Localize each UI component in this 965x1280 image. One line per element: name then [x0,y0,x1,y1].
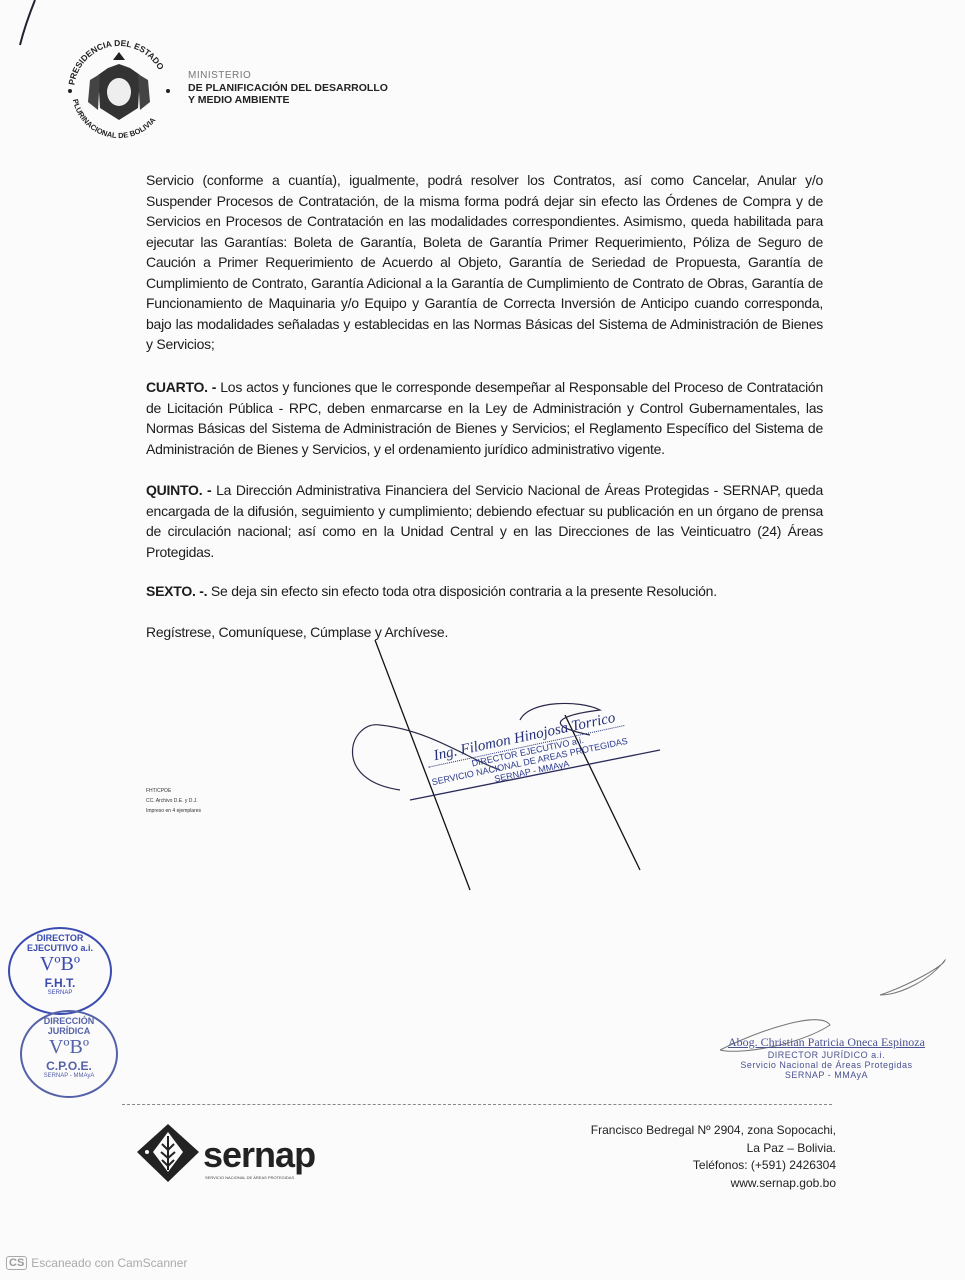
copies-ref: Impreso en 4 ejemplares [146,806,201,816]
address-line1: Francisco Bedregal Nº 2904, zona Sopocac… [560,1122,836,1140]
cc-ref: CC. Archivo D.E. y D.J. [146,796,201,806]
initials-ref: FHT/CPOE [146,786,201,796]
address-line2: La Paz – Bolivia. [560,1140,836,1158]
paragraph-garantias: Servicio (conforme a cuantía), igualment… [146,170,823,355]
ministry-name-line2: Y MEDIO AMBIENTE [188,94,388,106]
contact-address: Francisco Bedregal Nº 2904, zona Sopocac… [560,1122,836,1192]
stamp-legal-direction: DIRECCIÓN JURÍDICA VºBº C.P.O.E. SERNAP … [20,1010,118,1098]
article-quinto: QUINTO. - La Dirección Administrativa Fi… [146,480,823,562]
ministry-header: MINISTERIO DE PLANIFICACIÓN DEL DESARROL… [188,70,388,106]
ministry-label: MINISTERIO [188,70,388,82]
legal-director-signature: Abog. Christian Patricia Oneca Espinoza … [728,1035,925,1080]
camscanner-icon: CS [6,1256,27,1270]
sernap-emblem-icon [133,1122,203,1184]
article-label: SEXTO. -. [146,583,207,599]
sernap-wordmark: sernap [203,1134,315,1176]
presidency-seal: PRESIDENCIA DEL ESTADO PLURINACIONAL DE … [58,30,180,152]
article-label: CUARTO. - [146,379,216,395]
footer-divider [122,1104,832,1105]
camscanner-watermark: CS Escaneado con CamScanner [6,1256,187,1270]
executive-director-signature: Ing. Filomon Hinojosa Torrico DIRECTOR E… [425,708,631,797]
closing-formula: Regístrese, Comuníquese, Cúmplase y Arch… [146,622,823,643]
bolivia-coat-of-arms-icon: PRESIDENCIA DEL ESTADO PLURINACIONAL DE … [58,30,180,152]
stamp-executive-director: DIRECTOR EJECUTIVO a.i. VºBº F.H.T. SERN… [8,927,112,1015]
signer-org: Servicio Nacional de Áreas Protegidas [728,1060,925,1070]
document-references: FHT/CPOE CC. Archivo D.E. y D.J. Impreso… [146,786,201,816]
camscanner-text: Escaneado con CamScanner [31,1256,187,1270]
signer-role: DIRECTOR JURÍDICO a.i. [728,1050,925,1060]
website-link[interactable]: www.sernap.gob.bo [560,1175,836,1193]
phone: Teléfonos: (+591) 2426304 [560,1157,836,1175]
sernap-subtitle: SERVICIO NACIONAL DE ÁREAS PROTEGIDAS [205,1175,294,1180]
signer-org2: SERNAP - MMAyA [728,1070,925,1080]
ministry-name-line1: DE PLANIFICACIÓN DEL DESARROLLO [188,82,388,94]
sernap-logo [133,1122,203,1189]
article-sexto: SEXTO. -. Se deja sin efecto sin efecto … [146,581,823,602]
article-label: QUINTO. - [146,482,211,498]
signer-name: Abog. Christian Patricia Oneca Espinoza [728,1035,925,1050]
article-cuarto: CUARTO. - Los actos y funciones que le c… [146,377,823,459]
